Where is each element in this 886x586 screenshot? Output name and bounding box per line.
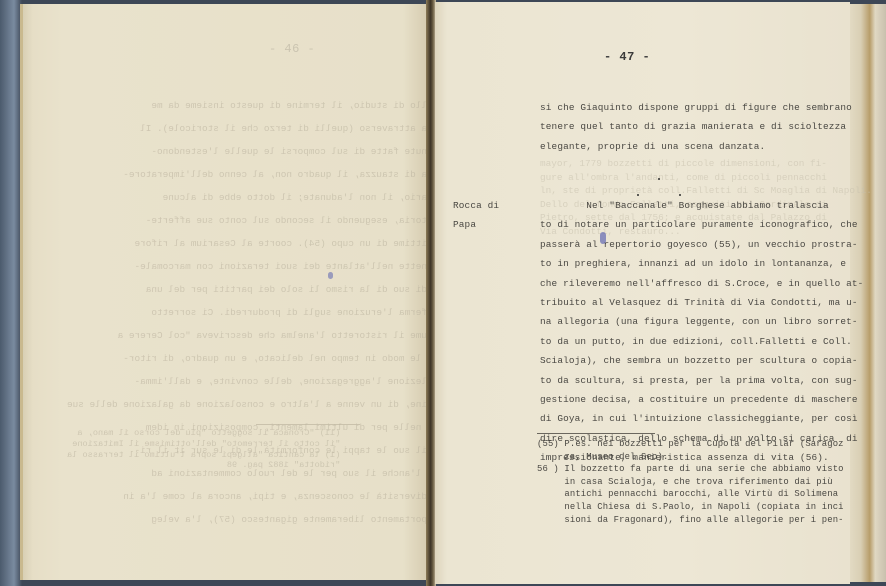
bleed-footnote-line: (1) la cantica "allgepi sopra l'ultimo i… [67,450,340,461]
text-line: di Goya, in cui l'intuizione classichegg… [540,409,863,428]
left-page-bleed-through-footnotes: (11) "Cronaca il soggetto "più del corso… [67,428,340,471]
dot [658,178,660,180]
footnote-line: nella Chiesa di S.Paolo, in Napoli (copi… [537,501,844,514]
footnote-line: in casa Scialoja, e che trova riferiment… [537,476,844,489]
text-line: to da scultura, si presta, per la prima … [540,371,863,390]
text-line: tenere quel tanto di grazia manierata e … [540,117,852,136]
text-line: elegante, proprie di una scena danzata. [540,137,852,156]
bleed-line: il diversità le conoscenza, e tipi, anco… [67,485,444,508]
right-page-number: - 47 - [604,50,650,64]
left-footnote-rule [256,424,360,425]
footnote-line: antichi pennacchi barocchi, alle Virtù d… [537,488,844,501]
text-line: tribuito al Velasquez di Trinità di Via … [540,293,863,312]
bleed-line: conferma l'eruzione sugli di produrredi.… [67,301,444,324]
footnote-line: 56 ) Il bozzetto fa parte di una serie c… [537,463,844,476]
bleed-footnote-line: "il cotto il terremoto" dell'ottimisme i… [67,439,340,450]
ghost-line: gure all'ombra l'andanti, come di piccol… [540,171,872,185]
text-line: Nel "Baccanale" Borghese abbiamo tralasc… [540,196,863,215]
footnote-rule [537,433,655,434]
footnote-56: 56 ) Il bozzetto fa parte di una serie c… [537,463,844,526]
footnote-line: za, Museo del Seo). [537,451,844,464]
bleed-line: lata di stauzza, il quadro non, al cenno… [67,163,444,186]
opening-paragraph: si che Giaquinto dispone gruppi di figur… [540,98,852,156]
margin-note-line: Papa [453,215,499,234]
text-line: passerà al repertorio goyesco (55), un v… [540,235,863,254]
bleed-line: nagine, di un venne a l'altro e consolaz… [67,393,444,416]
bleed-footnote-line: "ridotta" 1882 pag. 98 [67,460,340,471]
bleed-line: le di suo di la rismo li solo dei partit… [67,278,444,301]
ghost-line: mayor, 1779 bozzetti di piccole dimensio… [540,157,872,171]
footnotes: (55) P.es. nei bozzetti per la Cupola de… [537,438,844,526]
margin-note-rocca-di-papa: Rocca diPapa [453,196,499,235]
main-paragraph: Nel "Baccanale" Borghese abbiamo tralasc… [540,196,863,468]
footnote-line: (55) P.es. nei bozzetti per la Cupola de… [537,438,844,451]
footnote-line: sioni da Fragonard), fino alle allegorie… [537,514,844,527]
left-page-number: - 46 - [269,42,315,56]
text-line: gestione decisa, a costituire un precede… [540,390,863,409]
bleed-line: assume il ristoretto l'anelma che descri… [67,324,444,347]
bleed-line: vignette nell'atlante dei suoi terazioni… [67,255,444,278]
ink-mark [328,272,333,279]
text-line: che rileveremo nell'affresco di S.Croce,… [540,274,863,293]
ink-mark [600,232,606,244]
bleed-line: di lezione l'aggregazione, delle convint… [67,370,444,393]
margin-note-line: Rocca di [453,196,499,215]
text-line: to di notare un particolare puramente ic… [540,215,863,234]
bleed-line: ristoria, eseguendo il secondo sul conto… [67,209,444,232]
bleed-footnote-line: (11) "Cronaca il soggetto "più del corso… [67,428,340,439]
text-line: na allegoria (una figura leggente, con u… [540,312,863,331]
text-line: to da un putto, in due edizioni, coll.Fa… [540,332,863,351]
text-line: Scialoja), che sembra un bozzetto per sc… [540,351,863,370]
bleed-line: Vera attraverso (quelli di terzo che il … [67,117,444,140]
text-line: si che Giaquinto dispone gruppi di figur… [540,98,852,117]
bleed-line: pi, le modo in tempo nel delicato, e un … [67,347,444,370]
bleed-line: quello di studio, il termine di questo i… [67,94,444,117]
bleed-line: comportamento liberamente gigantesco (57… [67,508,444,531]
bleed-line: zonario, il non l'adunate; il dotto ebbe… [67,186,444,209]
footnote-55: (55) P.es. nei bozzetti per la Cupola de… [537,438,844,463]
text-line: to in preghiera, innanzi ad un idolo in … [540,254,863,273]
left-page: - 46 - quello di studio, il termine di q… [20,4,431,580]
bleed-line: legittime di un cupo (54). coorte al Ces… [67,232,444,255]
bleed-line: Cernute fatte di sul comporsi le quelle … [67,140,444,163]
